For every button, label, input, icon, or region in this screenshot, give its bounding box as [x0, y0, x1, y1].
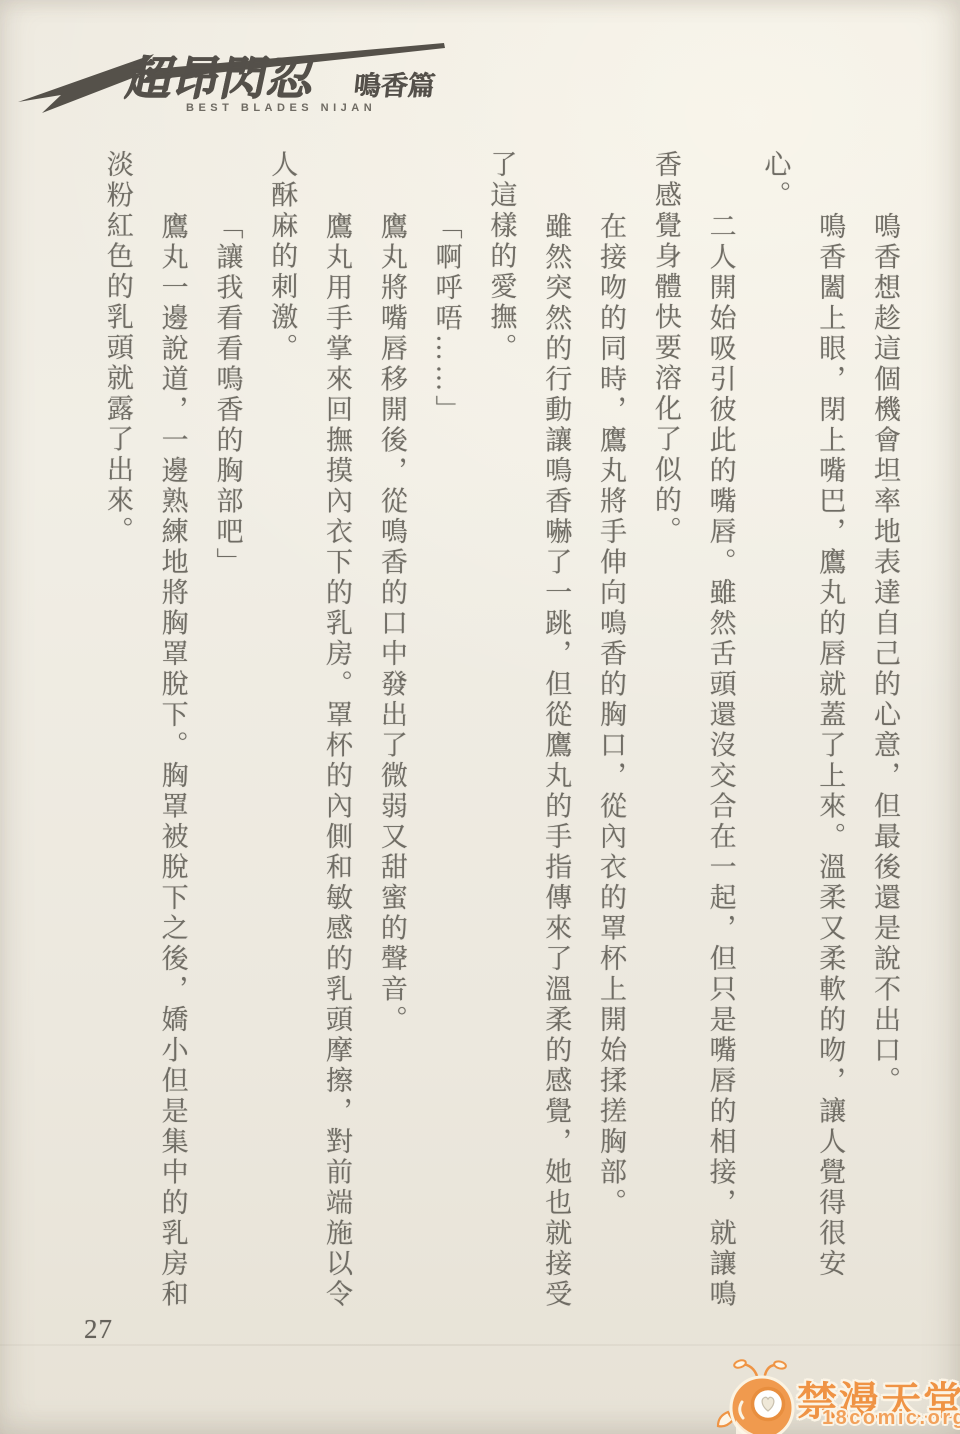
text-column: 「讓我看看鳴香的胸部吧」 [200, 150, 255, 1320]
watermark-site-url: 18comic.org [822, 1407, 960, 1430]
scanned-page: 超昂閃忍 鳴香篇 BEST BLADES NIJAN 鳴香想趁這個機會坦率地表達… [0, 0, 960, 1434]
text-column: 香感覺身體快要溶化了似的。 [638, 150, 693, 1320]
logo-subtitle: 鳴香篇 [352, 64, 437, 103]
text-column: 人酥麻的刺激。 [254, 150, 309, 1320]
text-column: 了這樣的愛撫。 [474, 150, 529, 1320]
logo-title: 超昂閃忍 [121, 42, 323, 108]
text-column: 鳴香闔上眼，閉上嘴巴，鷹丸的唇就蓋了上來。溫柔又柔軟的吻，讓人覺得很安 [802, 150, 857, 1320]
series-logo: 超昂閃忍 鳴香篇 BEST BLADES NIJAN [14, 34, 454, 130]
text-column: 鷹丸用手掌來回撫摸內衣下的乳房。罩杯的內側和敏感的乳頭摩擦，對前端施以令 [309, 150, 364, 1320]
text-column: 淡粉紅色的乳頭就露了出來。 [90, 150, 145, 1320]
scan-crease [0, 1344, 960, 1346]
text-column: 二人開始吸引彼此的嘴唇。雖然舌頭還沒交合在一起，但只是嘴唇的相接，就讓鳴 [693, 150, 748, 1320]
text-column: 在接吻的同時，鷹丸將手伸向鳴香的胸口，從內衣的罩杯上開始揉搓胸部。 [583, 150, 638, 1320]
watermark-site-name: 禁漫天堂 [797, 1370, 960, 1427]
novel-text: 鳴香想趁這個機會坦率地表達自己的心意，但最後還是說不出口。 鳴香闔上眼，閉上嘴巴… [90, 150, 912, 1320]
text-column: 心。 [748, 150, 803, 1320]
text-column: 鷹丸將嘴唇移開後，從鳴香的口中發出了微弱又甜蜜的聲音。 [364, 150, 419, 1320]
text-column: 鳴香想趁這個機會坦率地表達自己的心意，但最後還是說不出口。 [857, 150, 912, 1320]
logo-tagline: BEST BLADES NIJAN [186, 102, 376, 114]
text-column: 鷹丸一邊說道，一邊熟練地將胸罩脫下。胸罩被脫下之後，嬌小但是集中的乳房和 [145, 150, 200, 1320]
text-column: 「啊呼唔……」 [419, 150, 474, 1320]
text-column: 雖然突然的行動讓鳴香嚇了一跳，但從鷹丸的手指傳來了溫柔的感覺，她也就接受 [528, 150, 583, 1320]
page-number: 27 [84, 1314, 113, 1345]
whale-mascot-icon [716, 1358, 802, 1434]
